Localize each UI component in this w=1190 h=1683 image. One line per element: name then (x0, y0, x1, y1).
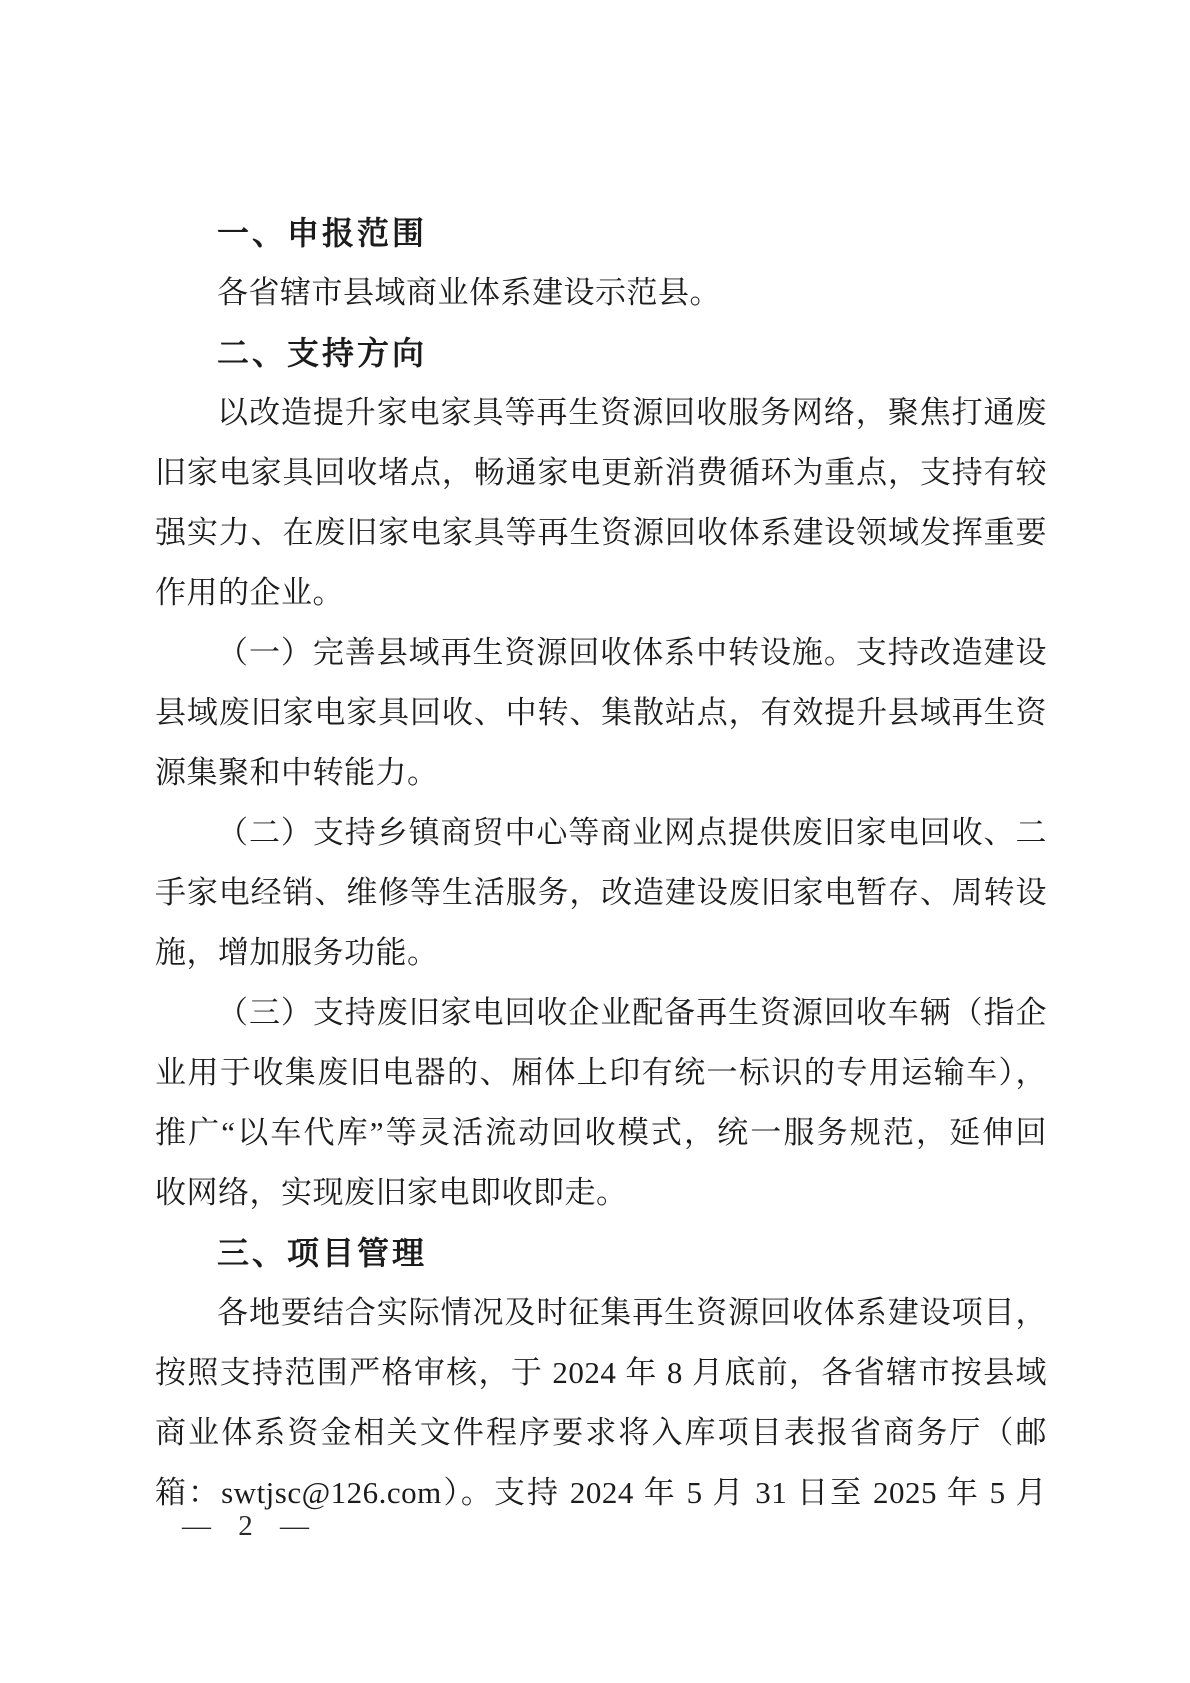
paragraph: 各地要结合实际情况及时征集再生资源回收体系建设项目，按照支持范围严格审核，于 2… (155, 1283, 1047, 1523)
text-line: 业用于收集废旧电器的、厢体上印有统一标识的专用运输车）， (155, 1043, 1047, 1103)
paragraph: （一）完善县域再生资源回收体系中转设施。支持改造建设县域废旧家电家具回收、中转、… (155, 623, 1047, 803)
text-line: 按照支持范围严格审核，于 2024 年 8 月底前，各省辖市按县域 (155, 1343, 1047, 1403)
document-page: 一、申报范围各省辖市县域商业体系建设示范县。二、支持方向以改造提升家电家具等再生… (0, 0, 1190, 1683)
paragraph: 各省辖市县域商业体系建设示范县。 (155, 263, 1047, 323)
text-line: （三）支持废旧家电回收企业配备再生资源回收车辆（指企 (155, 983, 1047, 1043)
text-line: （二）支持乡镇商贸中心等商业网点提供废旧家电回收、二 (155, 803, 1047, 863)
text-line: 作用的企业。 (155, 563, 1047, 623)
section-heading: 二、支持方向 (155, 323, 1047, 383)
section-heading: 一、申报范围 (155, 203, 1047, 263)
paragraph: 以改造提升家电家具等再生资源回收服务网络，聚焦打通废旧家电家具回收堵点，畅通家电… (155, 383, 1047, 623)
text-line: 源集聚和中转能力。 (155, 743, 1047, 803)
section-heading: 三、项目管理 (155, 1223, 1047, 1283)
text-line: （一）完善县域再生资源回收体系中转设施。支持改造建设 (155, 623, 1047, 683)
text-line: 各地要结合实际情况及时征集再生资源回收体系建设项目， (155, 1283, 1047, 1343)
text-line: 商业体系资金相关文件程序要求将入库项目表报省商务厅（邮 (155, 1403, 1047, 1463)
text-line: 县域废旧家电家具回收、中转、集散站点，有效提升县域再生资 (155, 683, 1047, 743)
page-number: — 2 — (182, 1508, 311, 1544)
text-line: 强实力、在废旧家电家具等再生资源回收体系建设领域发挥重要 (155, 503, 1047, 563)
text-line: 施，增加服务功能。 (155, 923, 1047, 983)
text-line: 推广“以车代库”等灵活流动回收模式，统一服务规范，延伸回 (155, 1103, 1047, 1163)
text-line: 以改造提升家电家具等再生资源回收服务网络，聚焦打通废 (155, 383, 1047, 443)
text-line: 各省辖市县域商业体系建设示范县。 (155, 263, 1047, 323)
text-line: 收网络，实现废旧家电即收即走。 (155, 1163, 1047, 1223)
paragraph: （二）支持乡镇商贸中心等商业网点提供废旧家电回收、二手家电经销、维修等生活服务，… (155, 803, 1047, 983)
text-line: 旧家电家具回收堵点，畅通家电更新消费循环为重点，支持有较 (155, 443, 1047, 503)
paragraph: （三）支持废旧家电回收企业配备再生资源回收车辆（指企业用于收集废旧电器的、厢体上… (155, 983, 1047, 1223)
document-body: 一、申报范围各省辖市县域商业体系建设示范县。二、支持方向以改造提升家电家具等再生… (155, 203, 1047, 1523)
text-line: 手家电经销、维修等生活服务，改造建设废旧家电暂存、周转设 (155, 863, 1047, 923)
